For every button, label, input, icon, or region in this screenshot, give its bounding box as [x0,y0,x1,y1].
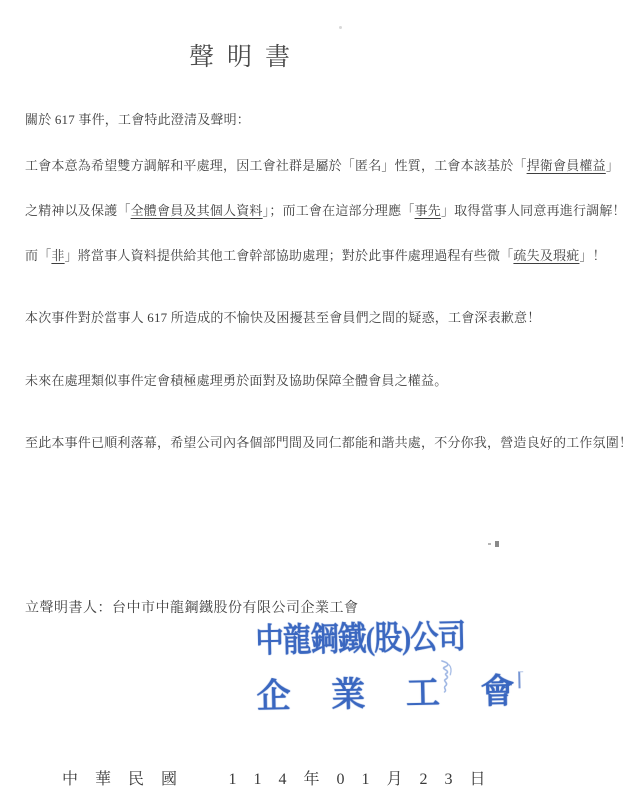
stamp-character: 企 [256,668,291,718]
stamp-character: 工 [405,665,440,715]
declaration-document-page: 聲明書 關於 617 事件，工會特此澄清及聲明： 工會本意為希望雙方調解和平處理… [0,0,641,800]
text-segment: 」 [606,158,619,173]
stamp-seal-squiggle-icon [438,659,455,693]
text-segment: 未來在處理類似事件定會積極處理勇於面對及協助保障全體會員之權益。 [25,373,447,388]
text-segment: 」將當事人資料提供給其他工會幹部協助處理；對於此事件處理過程有些微「 [65,248,514,263]
scan-artifact-dot [339,26,342,29]
roc-date-line: 中 華 民 國 1 1 4 年 0 1 月 2 3 日 [62,766,492,789]
text-segment: 工會本意為希望雙方調解和平處理，因工會社群是屬於「匿名」性質，工會本該基於「 [25,158,527,173]
stamp-union-name: 企業工會 [256,663,515,717]
statement-line-5: 本次事件對於當事人 617 所造成的不愉快及困擾甚至會員們之間的疑惑，工會深表歉… [25,308,540,328]
text-segment: 而「 [25,248,51,263]
text-segment: 」取得當事人同意再進行調解！ [441,203,626,218]
underlined-phrase: 非 [51,248,64,263]
underlined-phrase: 疏失及瑕疵 [513,248,579,263]
statement-line-1: 關於 617 事件，工會特此澄清及聲明： [25,110,250,130]
statement-line-3: 之精神以及保護「全體會員及其個人資料」；而工會在這部分理應「事先」取得當事人同意… [25,201,626,221]
scan-artifact-dots [488,541,500,547]
statement-line-6: 未來在處理類似事件定會積極處理勇於面對及協助保障全體會員之權益。 [25,371,447,391]
statement-line-4: 而「非」將當事人資料提供給其他工會幹部協助處理；對於此事件處理過程有些微「疏失及… [25,246,606,266]
stamp-character: 業 [331,667,366,717]
stamp-company-name: 中龍鋼鐵(股)公司 [255,610,490,662]
company-union-stamp: 中龍鋼鐵(股)公司 企業工會 [255,609,529,718]
underlined-phrase: 全體會員及其個人資料 [131,203,263,218]
text-segment: 」；而工會在這部分理應「 [263,203,415,218]
stamp-edge-mark [518,671,523,688]
statement-line-2: 工會本意為希望雙方調解和平處理，因工會社群是屬於「匿名」性質，工會本該基於「捍衛… [25,156,619,176]
text-segment: 」！ [579,248,605,263]
underlined-phrase: 捍衛會員權益 [527,158,606,173]
statement-line-7: 至此本事件已順利落幕，希望公司內各個部門間及同仁都能和諧共處，不分你我，營造良好… [25,433,632,453]
text-segment: 至此本事件已順利落幕，希望公司內各個部門間及同仁都能和諧共處，不分你我，營造良好… [25,435,632,450]
stamp-character: 會 [480,663,515,713]
text-segment: 關於 617 事件，工會特此澄清及聲明： [25,112,250,127]
page-title: 聲明書 [189,37,303,73]
text-segment: 之精神以及保護「 [25,203,131,218]
text-segment: 本次事件對於當事人 617 所造成的不愉快及困擾甚至會員們之間的疑惑，工會深表歉… [25,310,540,325]
underlined-phrase: 事先 [415,203,441,218]
